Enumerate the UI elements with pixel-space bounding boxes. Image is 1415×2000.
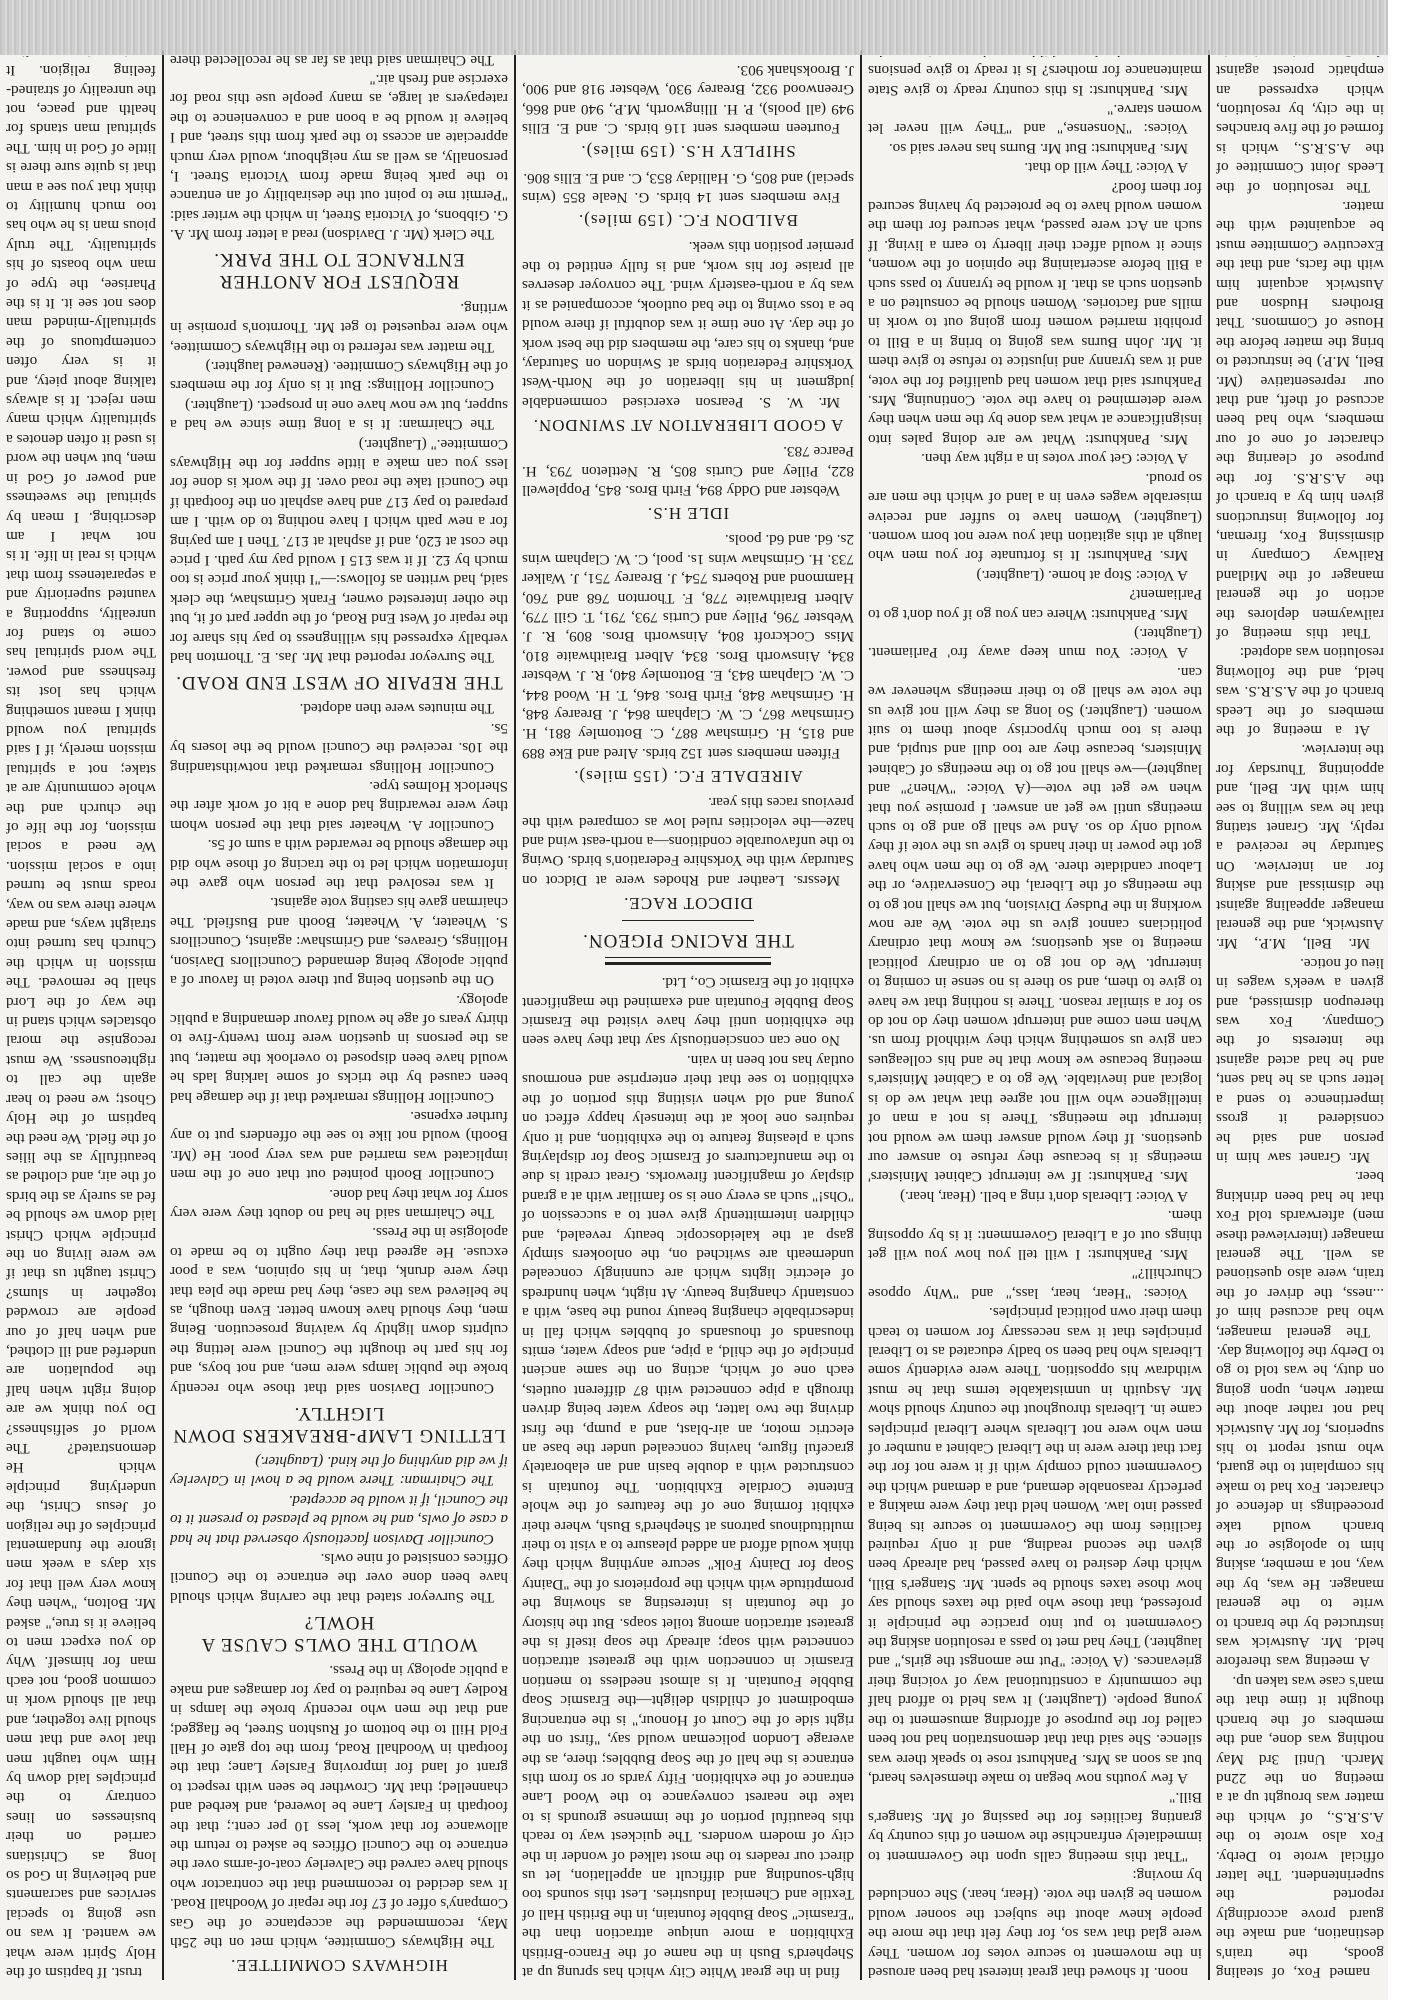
article-paragraph: Mrs. Pankhurst: What we are doing pales … xyxy=(868,177,1202,449)
article-paragraph: The resolution of the Leeds Joint Commit… xyxy=(1216,56,1384,197)
headline: THE REPAIR OF WEST END ROAD. xyxy=(170,671,508,693)
headline: LETTING LAMP-BREAKERS DOWN LIGHTLY. xyxy=(170,1402,508,1446)
article-paragraph: A Voice: You mun keep away fro' Parliame… xyxy=(868,624,1202,663)
article-paragraph: find in the great White City which has s… xyxy=(522,1051,854,1983)
newspaper-sheet: named Fox, of stealing goods, the train'… xyxy=(0,0,1415,2000)
article-column-4: HIGHWAYS COMMITTEE.The Highways Committe… xyxy=(170,56,508,1982)
article-paragraph: Councillor Booth pointed out that one of… xyxy=(170,1107,508,1185)
headline: REQUEST FOR ANOTHER ENTRANCE TO THE PARK… xyxy=(170,248,508,292)
article-paragraph: The Surveyor reported that Mr. Jas. E. T… xyxy=(170,434,508,667)
article-paragraph: The Chairman said that as far as he reco… xyxy=(170,56,508,70)
article-paragraph: No one can conscientiously say that they… xyxy=(522,973,854,1051)
article-paragraph: The Chairman: There would be a howl in C… xyxy=(170,1452,508,1491)
article-paragraph: Voices: "Nonsense," and "They will never… xyxy=(868,100,1202,139)
article-paragraph: Councillor A. Wheater said that the pers… xyxy=(170,777,508,835)
article-paragraph: Councillor Hollings remarked that if the… xyxy=(170,990,508,1106)
column-rule xyxy=(515,50,517,1980)
article-paragraph: Mrs. Pankhurst: It is fortunate for you … xyxy=(868,468,1202,565)
subheadline: AIREDALE F.C. (155 miles). xyxy=(522,766,854,787)
article-paragraph: That this meeting of railwaymen deplores… xyxy=(1216,197,1384,643)
article-paragraph: A Voice: Get your votes in a right way t… xyxy=(868,449,1202,468)
article-paragraph: The Highways Committee, which met on the… xyxy=(170,1661,508,1952)
article-paragraph: Mrs. Pankhurst: Is this country ready to… xyxy=(868,56,1202,100)
article-paragraph: Mrs. Pankhurst: I will tell you how you … xyxy=(868,1206,1202,1264)
column-rule xyxy=(1209,50,1211,1980)
headline: THE RACING PIGEON. xyxy=(522,929,854,951)
article-paragraph: Fifteen members sent 152 birds. Alred an… xyxy=(522,530,854,763)
article-paragraph: Councillor Davison facetiously observed … xyxy=(170,1490,508,1548)
article-column-1: named Fox, of stealing goods, the train'… xyxy=(1216,56,1384,1982)
article-paragraph: The Surveyor stated that the carving whi… xyxy=(170,1549,508,1607)
article-paragraph: Webster and Oddy 894, Firth Bros. 845, P… xyxy=(522,442,854,500)
article-paragraph: Mrs. Pankhurst: If we interrupt Cabinet … xyxy=(868,662,1202,1186)
article-paragraph: The Clerk (Mr. J. Davidson) read a lette… xyxy=(170,70,508,245)
article-paragraph: The Chairman said he had no doubt they w… xyxy=(170,1184,508,1223)
article-paragraph: Five members sent 14 birds. G. Neale 855… xyxy=(522,168,854,207)
headline: WOULD THE OWLS CAUSE A HOWL? xyxy=(170,1611,508,1655)
article-paragraph: The matter was referred to the Highways … xyxy=(170,298,508,356)
article-paragraph: On the question being put there voted in… xyxy=(170,893,508,990)
article-paragraph: "That this meeting calls upon the Govern… xyxy=(868,1788,1202,1866)
article-paragraph: Mrs. Pankhurst: But Mr. Burns has never … xyxy=(868,138,1202,157)
article-paragraph: noon. It showed that great interest had … xyxy=(868,1866,1202,1982)
section-divider xyxy=(622,920,755,921)
article-paragraph: A Voice: They will do that. xyxy=(868,158,1202,177)
article-paragraph: The general manager, who had accused him… xyxy=(1216,1167,1384,1342)
column-rule xyxy=(163,50,165,1980)
article-paragraph: Councillor Davison said that those who r… xyxy=(170,1223,508,1398)
article-paragraph: At a meeting of the members of the Leeds… xyxy=(1216,643,1384,740)
article-paragraph: Mrs. Pankhurst: Where can you go if you … xyxy=(868,585,1202,624)
subheadline: IDLE H.S. xyxy=(522,503,854,524)
article-paragraph: A meeting was therefore held. Mr. Austwi… xyxy=(1216,1342,1384,1672)
subheadline: BAILDON F.C. (159 miles). xyxy=(522,210,854,231)
article-paragraph: A Voice: Stop at home. (Laughter.) xyxy=(868,565,1202,584)
article-paragraph: Messrs. Leather and Rhodes were at Didco… xyxy=(522,793,854,890)
article-column-2: noon. It showed that great interest had … xyxy=(868,56,1202,1982)
section-divider xyxy=(605,957,771,965)
article-paragraph: Voices: "Hear, hear, lass," and "Why opp… xyxy=(868,1264,1202,1303)
article-paragraph: Fourteen members sent 116 birds. C. and … xyxy=(522,61,854,139)
article-paragraph: Councillor Hollings remarked that notwit… xyxy=(170,718,508,776)
article-column-3: find in the great White City which has s… xyxy=(522,56,854,1982)
article-paragraph: The Chairman: It is a long time since we… xyxy=(170,395,508,434)
article-paragraph: trust. If baptism of the Holy Spirit wer… xyxy=(6,56,156,1982)
article-paragraph: A few youths now began to make themselve… xyxy=(868,1303,1202,1788)
newspaper-page: named Fox, of stealing goods, the train'… xyxy=(0,0,1388,2000)
article-paragraph: Mr. Bell, M.P., Mr. Austwick, and the ge… xyxy=(1216,740,1384,953)
article-column-5: trust. If baptism of the Holy Spirit wer… xyxy=(6,56,156,1982)
subheadline: HIGHWAYS COMMITTEE. xyxy=(170,1955,508,1976)
subheadline: A GOOD LIBERATION AT SWINDON. xyxy=(522,415,854,436)
article-paragraph: Councillor Hollings: But it is only for … xyxy=(170,357,508,396)
article-paragraph: Mr. W. S. Pearson exercised commendable … xyxy=(522,237,854,412)
column-rule xyxy=(861,50,863,1980)
article-paragraph: A Voice: Liberals don't ring a bell. (He… xyxy=(868,1186,1202,1205)
article-paragraph: named Fox, of stealing goods, the train'… xyxy=(1216,1672,1384,1983)
article-paragraph: Mr. Granet saw him in person and said he… xyxy=(1216,953,1384,1166)
article-paragraph: It was resolved that the person who gave… xyxy=(170,835,508,893)
subheadline: SHIPLEY H.S. (159 miles). xyxy=(522,141,854,162)
article-paragraph: The minutes were then adopted. xyxy=(170,699,508,718)
subheadline: DIDCOT RACE. xyxy=(522,893,854,914)
